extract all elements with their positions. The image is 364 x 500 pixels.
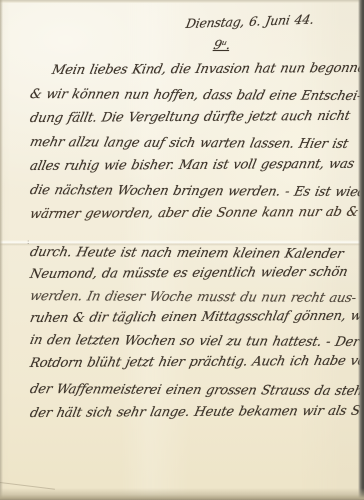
handwriting-line: in den letzten Wochen so viel zu tun hat… [28, 334, 360, 350]
handwriting-line: Rotdorn blüht jetzt hier prächtig. Auch … [29, 355, 364, 371]
paper-right-edge-shadow [358, 0, 364, 500]
handwriting-line: & wir können nun hoffen, dass bald eine … [28, 88, 362, 104]
handwriting-line: der hält sich sehr lange. Heute bekamen … [29, 404, 364, 421]
handwriting-line: Mein liebes Kind, die Invasion hat nun b… [51, 62, 364, 78]
handwriting-line: alles ruhig wie bisher. Man ist voll ges… [29, 158, 356, 174]
handwriting-line: durch. Heute ist nach meinem kleinen Kal… [28, 246, 344, 262]
letter-body: Mein liebes Kind, die Invasion hat nun b… [0, 0, 364, 500]
handwriting-line: werden. In dieser Woche musst du nun rec… [28, 290, 357, 306]
paper-top-edge [0, 0, 364, 3]
paper-left-edge [0, 0, 3, 500]
handwriting-line: dung fällt. Die Vergeltung dürfte jetzt … [29, 110, 352, 126]
paper-bottom-edge-shadow [0, 488, 364, 500]
handwriting-line: wärmer geworden, aber die Sonne kann nur… [29, 206, 364, 222]
letter-photo: : Dienstag, 6. Juni 44. 9ᵘ. Mein liebes … [0, 0, 364, 500]
handwriting-line: Neumond, da müsste es eigentlich wieder … [29, 266, 349, 282]
handwriting-line: der Waffenmeisterei einen grossen Straus… [28, 383, 364, 399]
handwriting-line: ruhen & dir täglich einen Mittagsschlaf … [29, 309, 364, 326]
handwriting-line: mehr allzu lange auf sich warten lassen.… [28, 136, 349, 152]
handwriting-line: die nächsten Wochen bringen werden. - Es… [28, 184, 364, 200]
